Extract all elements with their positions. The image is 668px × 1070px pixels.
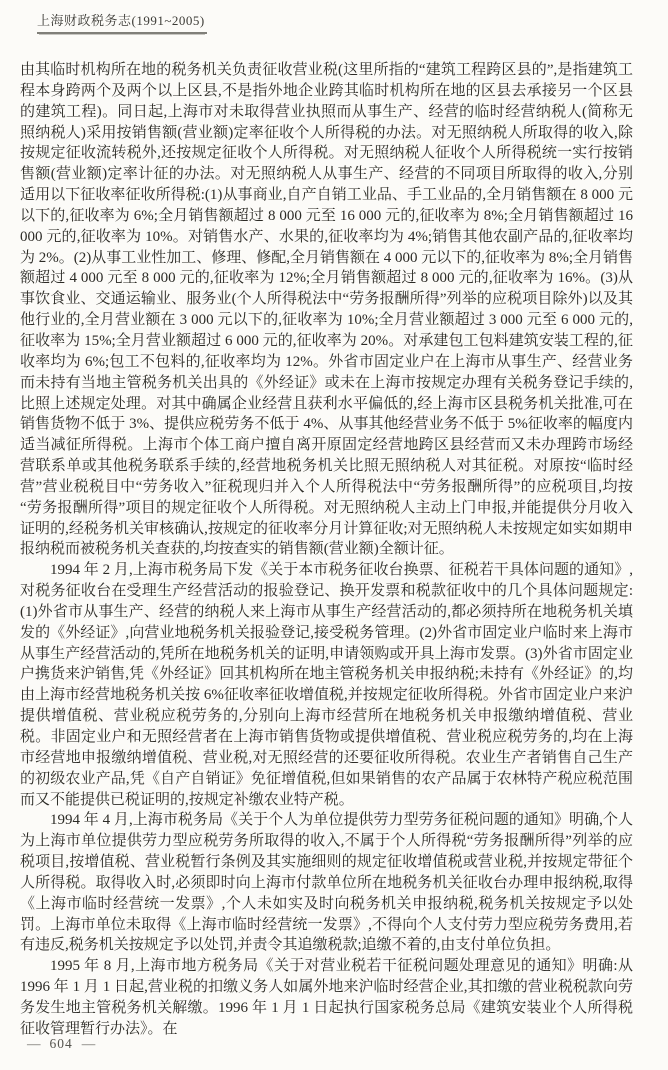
paragraph-1994-04: 1994 年 4 月,上海市税务局《关于个人为单位提供劳力型劳务征税问题的通知》… [20,810,633,956]
page-body: 由其临时机构所在地的税务机关负责征收营业税(这里所指的“建筑工程跨区县的”,是指… [20,60,633,1040]
running-head-title: 上海财政税务志(1991~2005) [37,10,207,34]
footer-right-dash: — [82,1036,96,1052]
footer-left-dash: — [27,1036,41,1052]
paragraph-continuation: 由其临时机构所在地的税务机关负责征收营业税(这里所指的“建筑工程跨区县的”,是指… [20,60,633,560]
book-page: 上海财政税务志(1991~2005) 由其临时机构所在地的税务机关负责征收营业税… [0,0,668,1070]
page-footer: — 604 — [27,1036,95,1052]
paragraph-1995-08: 1995 年 8 月,上海市地方税务局《关于对营业税若干征税问题处理意见的通知》… [20,956,633,1039]
paragraph-1994-02: 1994 年 2 月,上海市税务局下发《关于本市税务征收台换票、征税若干具体问题… [20,560,633,810]
page-number: 604 [50,1036,73,1052]
